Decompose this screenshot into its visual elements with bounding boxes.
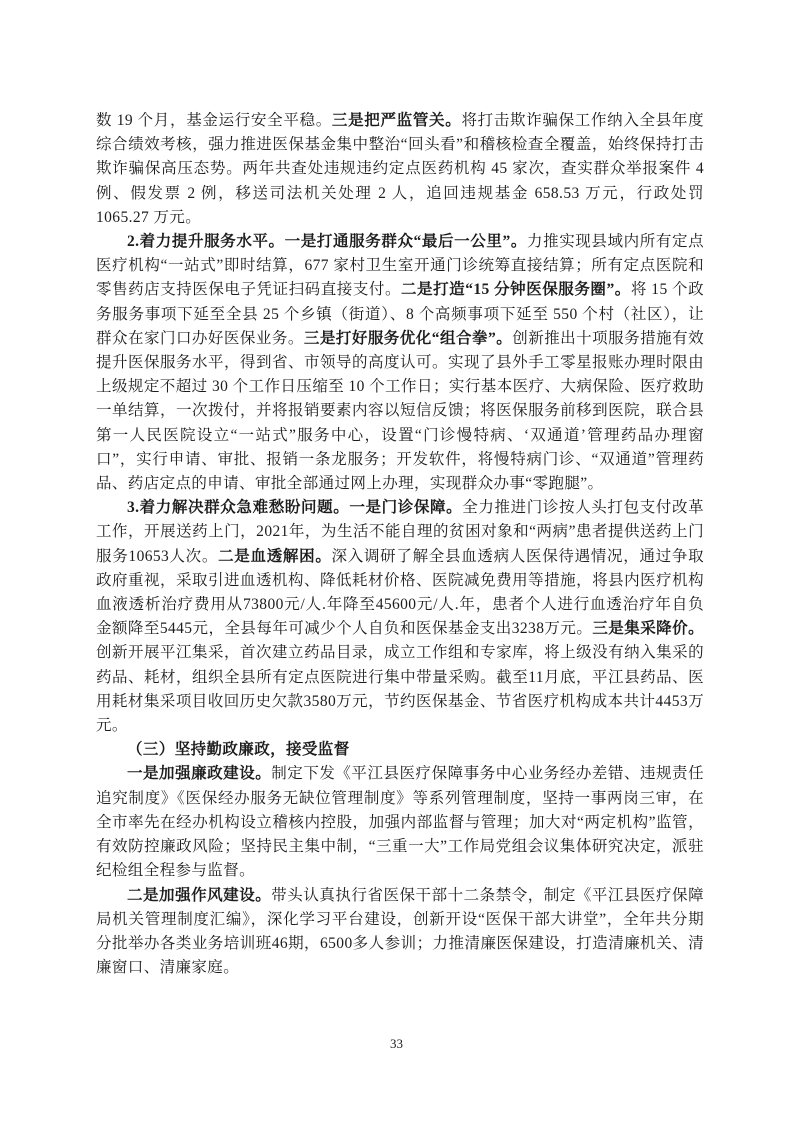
text-run-bold: 3.着力解决群众急难愁盼问题。一是门诊保障。 <box>127 499 462 516</box>
text-run-bold: 三是把严监管关。 <box>332 112 462 129</box>
text-run: 创新推出十项服务措施有效提升医保服务水平，得到省、市领导的高度认可。实现了县外手… <box>96 330 704 492</box>
paragraph: 数 19 个月，基金运行安全平稳。三是把严监管关。将打击欺诈骗保工作纳入全县年度… <box>96 109 704 230</box>
text-run-bold: 一是加强廉政建设。 <box>127 765 271 782</box>
document-page: 数 19 个月，基金运行安全平稳。三是把严监管关。将打击欺诈骗保工作纳入全县年度… <box>0 0 793 1122</box>
paragraph: 2.着力提升服务水平。一是打通服务群众“最后一公里”。力推实现县域内所有定点医疗… <box>96 230 704 496</box>
page-number: 33 <box>0 1036 793 1052</box>
text-run: 创新开展平江集采，首次建立药品目录，成立工作组和专家库，将上级没有纳入集采的药品… <box>96 644 704 734</box>
section-heading: （三）坚持勤政廉政，接受监督 <box>96 738 704 762</box>
paragraph: 3.着力解决群众急难愁盼问题。一是门诊保障。全力推进门诊按人头打包支付改革工作，… <box>96 496 704 738</box>
text-run-bold: 2.着力提升服务水平。一是打通服务群众“最后一公里”。 <box>127 233 527 250</box>
text-run-bold: 二是血透解困。 <box>218 548 331 565</box>
text-run-bold: 三是集采降价。 <box>592 620 704 637</box>
paragraph: 二是加强作风建设。带头认真执行省医保干部十二条禁令，制定《平江县医疗保障局机关管… <box>96 884 704 981</box>
text-run-bold: 三是打好服务优化“组合拳”。 <box>304 330 512 347</box>
text-run: 数 19 个月，基金运行安全平稳。 <box>96 112 332 129</box>
text-run-bold: 二是加强作风建设。 <box>127 887 271 904</box>
text-run: 将打击欺诈骗保工作纳入全县年度综合绩效考核，强力推进医保基金集中整治“回头看”和… <box>96 112 704 226</box>
text-run: 制定下发《平江县医疗保障事务中心业务经办差错、违规责任追究制度》《医保经办服务无… <box>96 765 704 879</box>
paragraph: 一是加强廉政建设。制定下发《平江县医疗保障事务中心业务经办差错、违规责任追究制度… <box>96 762 704 883</box>
text-run-bold: （三）坚持勤政廉政，接受监督 <box>127 741 350 758</box>
text-run-bold: 二是打造“15 分钟医保服务圈”。 <box>401 281 631 298</box>
document-body: 数 19 个月，基金运行安全平稳。三是把严监管关。将打击欺诈骗保工作纳入全县年度… <box>96 109 704 980</box>
